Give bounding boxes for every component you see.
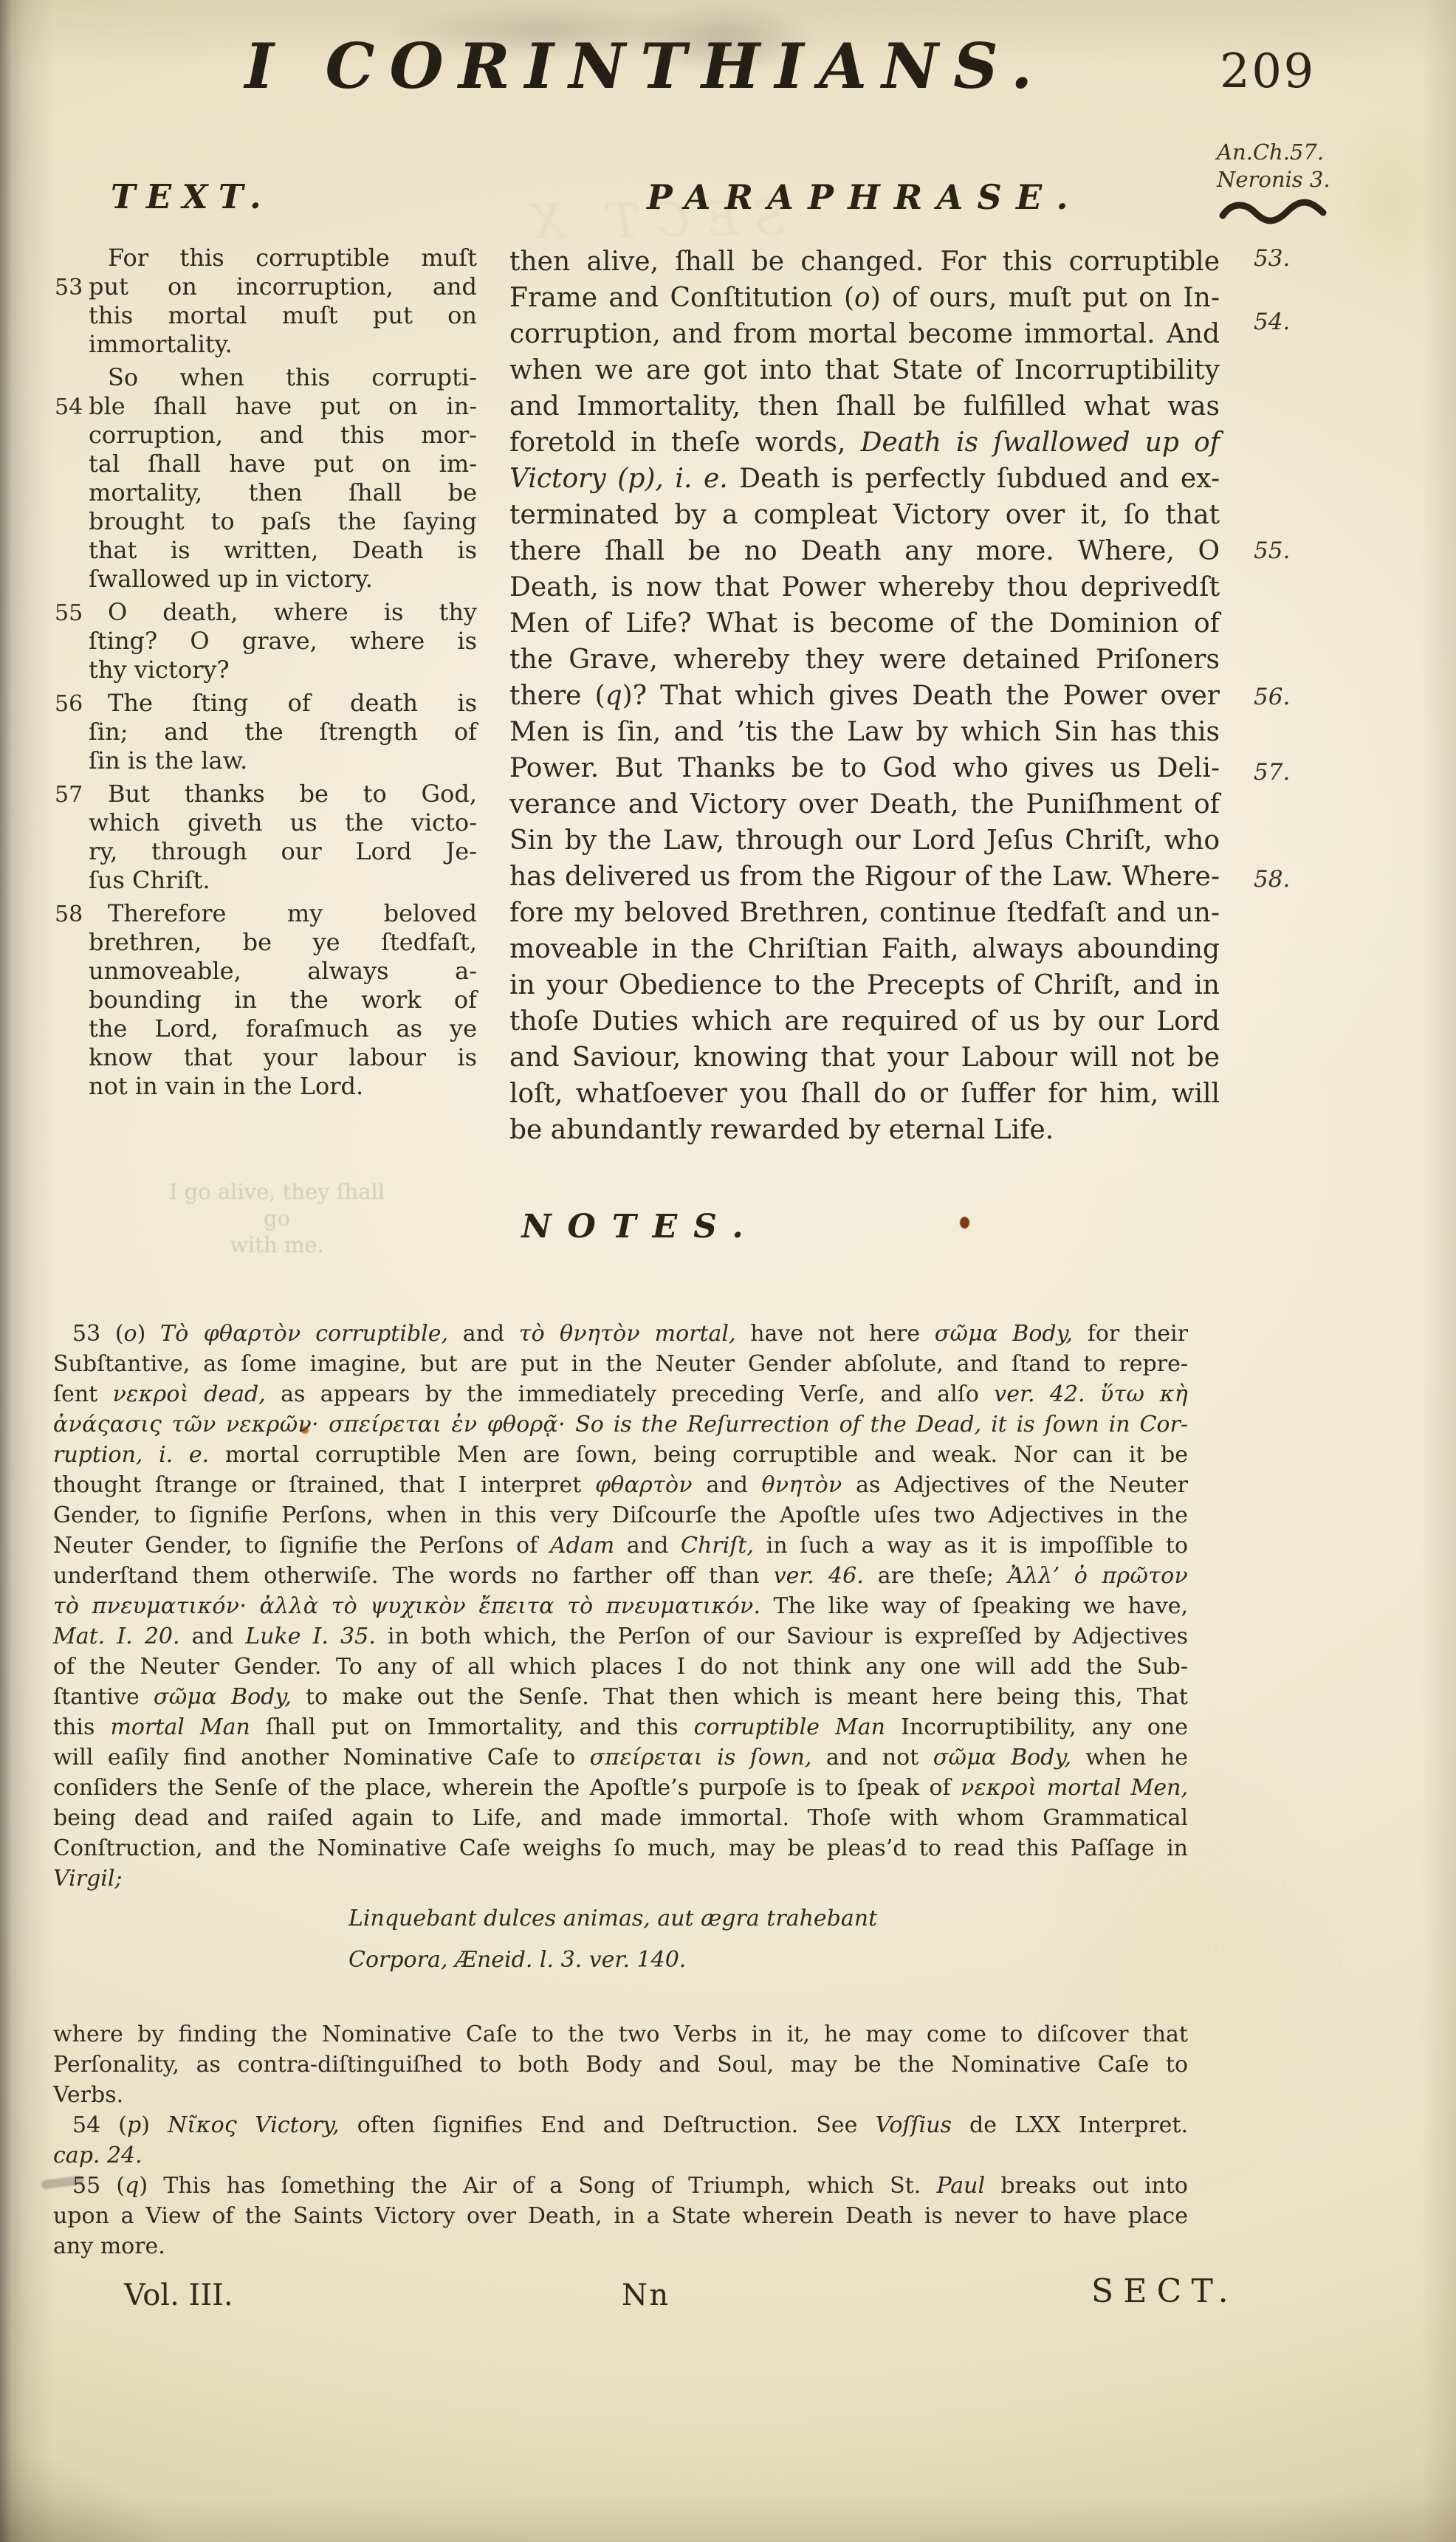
text-segment: de LXX Interpret. [952,2112,1188,2138]
text-segment: are theſe; [864,1563,1008,1589]
text-segment: Conſtruction, and the Nominative Caſe we… [53,1835,1188,1861]
italic-text: Victory, [237,2112,340,2138]
text-segment: Incorruptibility, any one [885,1714,1188,1740]
note-line: 55 (q) This has ſomething the Air of a S… [53,2171,1188,2201]
text-line: corruption, and this mor- [89,421,477,450]
text-line: the Lord, foraſmuch as ye [89,1014,477,1043]
paraphrase-line: Sin by the Law, through our Lord Jeſus C… [509,822,1220,859]
text-segment: of the Neuter Gender. To any of all whic… [53,1654,1188,1680]
text-segment: underſtand them otherwiſe. The words no … [53,1563,774,1589]
text-segment: for their [1073,1321,1188,1347]
notes-heading: NOTES. [74,1208,1207,1246]
notes-section: 53 (o) Τὸ φθαρτὸν corruptible, and τὸ θν… [53,1319,1188,2261]
text-line: ſwallowed up in victory. [89,565,477,594]
italic-text: Victory (p), i. e. [509,464,728,494]
note-line: Virgil; [53,1863,1188,1894]
text-segment: conſiders the Senſe of the place, wherei… [53,1775,961,1801]
note-line: 53 (o) Τὸ φθαρτὸν corruptible, and τὸ θν… [53,1319,1188,1349]
text-segment: verance and Victory over Death, the Puni… [509,789,1220,820]
paraphrase-line: foretold in theſe words, Death is ſwallo… [509,425,1220,461]
text-segment: Neuter Gender, to ſignifie the Perſons o… [53,1533,550,1559]
text-segment: when we are got into that State of Incor… [509,355,1220,385]
paraphrase-line: Men is ſin, and ’tis the Law by which Si… [509,714,1220,750]
text-line: ry, through our Lord Je- [89,837,477,866]
italic-text: corruptible, [301,1321,448,1347]
italic-text: mortal, [640,1321,736,1347]
text-segment: to make out the Senſe. That then which i… [292,1684,1188,1710]
text-segment: corruption, and from mortal become immor… [509,319,1220,349]
verse-number: 55 [55,599,83,628]
text-segment: and [180,1624,246,1649]
greek-text: Νῖκος [168,2112,237,2138]
text-line: not in vain in the Lord. [89,1072,477,1101]
text-segment: loſt, whatſoever you ſhall do or ſuffer … [509,1079,1220,1109]
italic-text: q [125,2173,139,2199]
margin-flourish-squiggle [1218,198,1328,227]
running-head-title: I CORINTHIANS. [236,30,1056,103]
italic-text: Body, [217,1684,292,1710]
greek-text: σπείρεται [590,1745,703,1770]
paraphrase-verse-number: 53. [1254,245,1290,272]
paraphrase-verse-number: 58. [1254,866,1290,893]
paper-stain [1329,111,1455,303]
greek-text: ἀνάςασις τῶν νεκρῶν· σπείρεται ἐν φθορᾷ· [53,1412,575,1437]
text-line: tal ſhall have put on im- [89,450,477,478]
italic-text: o [854,283,870,313]
text-segment: be abundantly rewarded by eternal Life. [509,1115,1054,1145]
text-verse: 55O death, where is thyſting? O grave, w… [55,598,477,684]
text-line: brought to paſs the ſaying [89,507,477,536]
greek-text: Τὸ φθαρτὸν [160,1321,301,1347]
paraphrase-line: fore my beloved Brethren, continue ſtedf… [509,895,1220,931]
paraphrase-line: corruption, and from mortal become immor… [509,316,1220,352]
paraphrase-line: there ſhall be no Death any more. Where,… [509,533,1220,569]
text-segment: The like way of ſpeaking we have, [760,1593,1188,1619]
text-segment: fore my beloved Brethren, continue ſtedf… [509,898,1220,928]
italic-text: Adam [550,1533,614,1559]
text-segment: )? That which gives Death the Power over [622,681,1220,711]
text-segment: and Saviour, knowing that your Labour wi… [509,1042,1220,1073]
paraphrase-verse-number: 56. [1254,684,1290,710]
text-segment: when he [1071,1745,1188,1770]
text-segment: and [614,1533,681,1559]
note-line: ruption, i. e. mortal corruptible Men ar… [53,1440,1188,1470]
verse-number: 54 [55,393,83,422]
text-segment: thought ſtrange or ſtrained, that I inte… [53,1472,595,1498]
text-segment: as appears by the immediately preceding … [266,1381,994,1407]
paraphrase-line: and Immortality, then ſhall be fulfilled… [509,388,1220,425]
italic-text: ver. 46. [774,1563,864,1589]
paraphrase-line: terminated by a compleat Victory over it… [509,497,1220,533]
verse-number: 56 [55,690,83,718]
text-line: O death, where is thy [89,598,477,627]
italic-text: Paul [936,2173,985,2199]
text-segment: will eaſily find another Nominative Caſe… [53,1745,590,1770]
text-segment: 54 ( [72,2112,127,2138]
note-line: ſent νεκροὶ dead, as appears by the imme… [53,1379,1188,1409]
italic-text: Linquebant dulces animas, aut ægra trahe… [348,1906,877,1931]
greek-text: τὸ θνητὸν [519,1321,640,1347]
page-number: 209 [1220,44,1316,99]
text-segment: breaks out into [985,2173,1188,2199]
paraphrase-line: Power. But Thanks be to God who gives us… [509,750,1220,786]
text-column-heading: TEXT. [111,177,272,216]
verse-number: 58 [55,900,83,929]
text-line: ble ſhall have put on in- [89,392,477,421]
text-verse: 58Therefore my belovedbrethren, be ye ſt… [55,899,477,1101]
italic-text: Death is ſwallowed up of [861,427,1220,458]
text-verse: 53For this corruptible muſtput on incorr… [55,244,477,359]
italic-text: p [127,2112,141,2138]
text-segment: then alive, ſhall be changed. For this c… [509,247,1220,277]
paraphrase-column-heading: PARAPHRASE. [509,177,1220,217]
note-line: Corpora, Æneid. l. 3. ver. 140. [53,1940,1188,1981]
italic-text: Mat. I. 20. [53,1624,180,1649]
italic-text: dead, [189,1381,266,1407]
text-segment: any more. [53,2233,165,2259]
text-segment: Death is perfectly ſubdued and ex- [728,464,1220,494]
greek-text: σῶμα [933,1745,997,1770]
text-segment: Power. But Thanks be to God who gives us… [509,753,1220,783]
text-line: ſin is the law. [89,746,477,775]
italic-text: ruption, i. e. [53,1442,209,1468]
greek-text: ὕτω κὴ [1100,1381,1188,1407]
signature-mark: Nn [622,2278,670,2312]
note-line: conſiders the Senſe of the place, wherei… [53,1773,1188,1803]
greek-text: θνητὸν [762,1472,842,1498]
paraphrase-line: the Grave, whereby they were detained Pr… [509,642,1220,678]
text-segment: in your Obedience to the Precepts of Chr… [509,970,1220,1000]
paraphrase-line: verance and Victory over Death, the Puni… [509,786,1220,822]
text-segment: Men of Life? What is become of the Domin… [509,608,1220,639]
note-line: where by finding the Nominative Caſe to … [53,2019,1188,2050]
text-segment: 53 ( [72,1321,124,1347]
paraphrase-line: then alive, ſhall be changed. For this c… [509,244,1220,280]
text-segment: Subſtantive, as ſome imagine, but are pu… [53,1351,1188,1377]
text-line: So when this corrupti- [89,363,477,392]
text-segment: Death, is now that Power whereby thou de… [509,572,1220,602]
paraphrase-line: moveable in the Chriſtian Faith, always … [509,931,1220,967]
paraphrase-line: in your Obedience to the Precepts of Chr… [509,967,1220,1003]
paraphrase-line: when we are got into that State of Incor… [509,352,1220,388]
text-segment: Sin by the Law, through our Lord Jeſus C… [509,825,1220,856]
text-line: thy victory? [89,656,477,684]
note-line: this mortal Man ſhall put on Immortality… [53,1712,1188,1742]
italic-text: q [605,681,622,711]
greek-text: φθαρτὸν [595,1472,693,1498]
italic-text: Body, [998,1321,1073,1347]
paraphrase-column: then alive, ſhall be changed. For this c… [509,244,1220,1148]
note-line: Gender, to ſignifie Perſons, when in thi… [53,1500,1188,1531]
paraphrase-verse-number: 55. [1254,537,1290,564]
text-line: know that your labour is [89,1043,477,1072]
text-line: brethren, be ye ſtedfaſt, [89,928,477,957]
catchword: SECT. [1091,2273,1238,2310]
note-line: Conſtruction, and the Nominative Caſe we… [53,1833,1188,1863]
paraphrase-line: Victory (p), i. e. Death is perfectly ſu… [509,461,1220,497]
text-segment: upon a View of the Saints Victory over D… [53,2203,1188,2229]
text-line: unmoveable, always a- [89,957,477,986]
italic-text: mortal Man [110,1714,250,1740]
volume-label: Vol. III. [124,2278,233,2312]
note-line: any more. [53,2231,1188,2261]
text-line: Therefore my beloved [89,899,477,928]
paraphrase-line: and Saviour, knowing that your Labour wi… [509,1040,1220,1076]
paraphrase-line: Death, is now that Power whereby thou de… [509,569,1220,605]
text-line: put on incorruption, and [89,272,477,301]
note-line: Subſtantive, as ſome imagine, but are pu… [53,1349,1188,1379]
greek-text: νεκροὶ [961,1775,1037,1801]
note-line: thought ſtrange or ſtrained, that I inte… [53,1470,1188,1500]
greek-text: σῶμα [935,1321,998,1347]
italic-text: ver. 42. [994,1381,1100,1407]
text-segment: this [53,1714,110,1740]
greek-text: νεκροὶ [113,1381,189,1407]
italic-text: Corpora, Æneid. l. 3. ver. 140. [348,1947,686,1973]
text-line: But thanks be to God, [89,780,477,808]
text-segment: being dead and raiſed again to Life, and… [53,1805,1188,1831]
text-line: this mortal muſt put on [89,301,477,330]
margin-note-line: An.Ch.57. [1217,139,1330,166]
paraphrase-verse-number: 57. [1254,759,1290,786]
italic-text: o [124,1321,137,1347]
text-segment: and Immortality, then ſhall be fulfilled… [509,391,1220,422]
text-line: immortality. [89,330,477,359]
text-segment: moveable in the Chriſtian Faith, always … [509,934,1220,964]
italic-text: mortal Men, [1037,1775,1188,1801]
text-line: bounding in the work of [89,986,477,1014]
italic-text: Chriſt, [681,1533,754,1559]
italic-text: is ſown, [703,1745,812,1770]
greek-text: Ἀλλ’ ὀ πρῶτον [1008,1563,1188,1589]
italic-text: corruptible Man [694,1714,885,1740]
text-segment: ) This has ſomething the Air of a Song o… [139,2173,936,2199]
paraphrase-verse-number: 54. [1254,309,1290,335]
note-line: being dead and raiſed again to Life, and… [53,1803,1188,1833]
text-verse: 56The ſting of death isſin; and the ſtre… [55,689,477,775]
verse-number: 53 [55,273,83,302]
note-line: ἀνάςασις τῶν νεκρῶν· σπείρεται ἐν φθορᾷ·… [53,1409,1188,1440]
italic-text: Luke I. 35. [245,1624,376,1649]
note-line: Linquebant dulces animas, aut ægra trahe… [53,1898,1188,1940]
italic-text: cap. 24. [53,2143,142,2168]
paraphrase-line: thoſe Duties which are required of us by… [509,1003,1220,1040]
text-segment: and [448,1321,519,1347]
note-line: ſtantive σῶμα Body, to make out the Senſ… [53,1682,1188,1712]
text-segment: ſhall put on Immortality, and this [250,1714,694,1740]
paraphrase-line: there (q)? That which gives Death the Po… [509,678,1220,714]
text-line: ſus Chriſt. [89,866,477,895]
text-verse: 54So when this corrupti-ble ſhall have p… [55,363,477,594]
text-segment: and not [811,1745,933,1770]
text-verse: 57But thanks be to God,which giveth us t… [55,780,477,895]
book-page: SECT X I go alive, they ſhall go with me… [0,0,1456,2542]
text-segment: often ſignifies End and Deſtruction. See [340,2112,876,2138]
text-segment: have not here [736,1321,935,1347]
text-segment: where by finding the Nominative Caſe to … [53,2021,1188,2047]
text-line: For this corruptible muſt [89,244,477,272]
text-segment: as Adjectives of the Neuter [842,1472,1189,1498]
text-segment: foretold in theſe words, [509,427,861,458]
text-segment: and [693,1472,762,1498]
text-segment: in ſuch a way as it is impoſſible to [754,1533,1188,1559]
text-segment: Frame and Conſtitution ( [509,283,854,313]
text-line: mortality, then ſhall be [89,478,477,507]
note-line: Verbs. [53,2080,1188,2110]
italic-text: Body, [997,1745,1071,1770]
margin-note-line: Neronis 3. [1217,166,1330,193]
italic-text: Virgil; [53,1866,123,1892]
text-segment: there ( [509,681,605,711]
greek-text: τὸ πνευματικόν· ἀλλὰ τὸ ψυχικὸν ἔπειτα τ… [53,1593,760,1619]
note-line: upon a View of the Saints Victory over D… [53,2201,1188,2231]
paraphrase-line: Frame and Conſtitution (o) of ours, muſt… [509,280,1220,316]
text-segment: Men is ſin, and ’tis the Law by which Si… [509,717,1220,747]
verse-number: 57 [55,780,83,809]
text-segment: in both which, the Perſon of our Saviour… [376,1624,1188,1649]
paraphrase-line: loſt, whatſoever you ſhall do or ſuffer … [509,1076,1220,1112]
text-line: The ſting of death is [89,689,477,718]
text-segment: ſtantive [53,1684,154,1710]
italic-text: Voſſius [875,2112,952,2138]
text-line: which giveth us the victo- [89,808,477,837]
text-segment: there ſhall be no Death any more. Where,… [509,536,1220,566]
note-line: Neuter Gender, to ſignifie the Perſons o… [53,1531,1188,1561]
paraphrase-line: has delivered us from the Rigour of the … [509,859,1220,895]
text-segment: ) [137,1321,160,1347]
text-segment: 55 ( [72,2173,125,2199]
italic-text: So is the Reſurrection of the Dead, it i… [575,1412,1188,1437]
text-segment: the Grave, whereby they were detained Pr… [509,645,1220,675]
note-line: underſtand them otherwiſe. The words no … [53,1561,1188,1591]
note-line: cap. 24. [53,2140,1188,2171]
greek-text: σῶμα [154,1684,217,1710]
text-line: that is written, Death is [89,536,477,565]
text-segment: Verbs. [53,2082,123,2108]
text-segment: Perſonality, as contra-diſtinguiſhed to … [53,2052,1188,2078]
text-line: ſting? O grave, where is [89,627,477,656]
text-segment: terminated by a compleat Victory over it… [509,500,1220,530]
paraphrase-line: Men of Life? What is become of the Domin… [509,605,1220,642]
note-line: Mat. I. 20. and Luke I. 35. in both whic… [53,1621,1188,1652]
text-segment: has delivered us from the Rigour of the … [509,862,1220,892]
margin-date-note: An.Ch.57. Neronis 3. [1217,139,1330,227]
note-line: Perſonality, as contra-diſtinguiſhed to … [53,2050,1188,2080]
text-line: ſin; and the ſtrength of [89,718,477,746]
text-segment: mortal corruptible Men are ſown, being c… [209,1442,1188,1468]
note-line: τὸ πνευματικόν· ἀλλὰ τὸ ψυχικὸν ἔπειτα τ… [53,1591,1188,1621]
text-segment: Gender, to ſignifie Perſons, when in thi… [53,1502,1188,1528]
note-line: 54 (p) Νῖκος Victory, often ſignifies En… [53,2110,1188,2140]
note-line: will eaſily find another Nominative Caſe… [53,1742,1188,1773]
note-line: of the Neuter Gender. To any of all whic… [53,1652,1188,1682]
text-segment: thoſe Duties which are required of us by… [509,1006,1220,1037]
text-segment: ) of ours, muſt put on In- [870,283,1220,313]
text-segment: ſent [53,1381,113,1407]
paraphrase-line: be abundantly rewarded by eternal Life. [509,1112,1220,1148]
text-column: 53For this corruptible muſtput on incorr… [55,244,477,1105]
text-segment: ) [141,2112,168,2138]
